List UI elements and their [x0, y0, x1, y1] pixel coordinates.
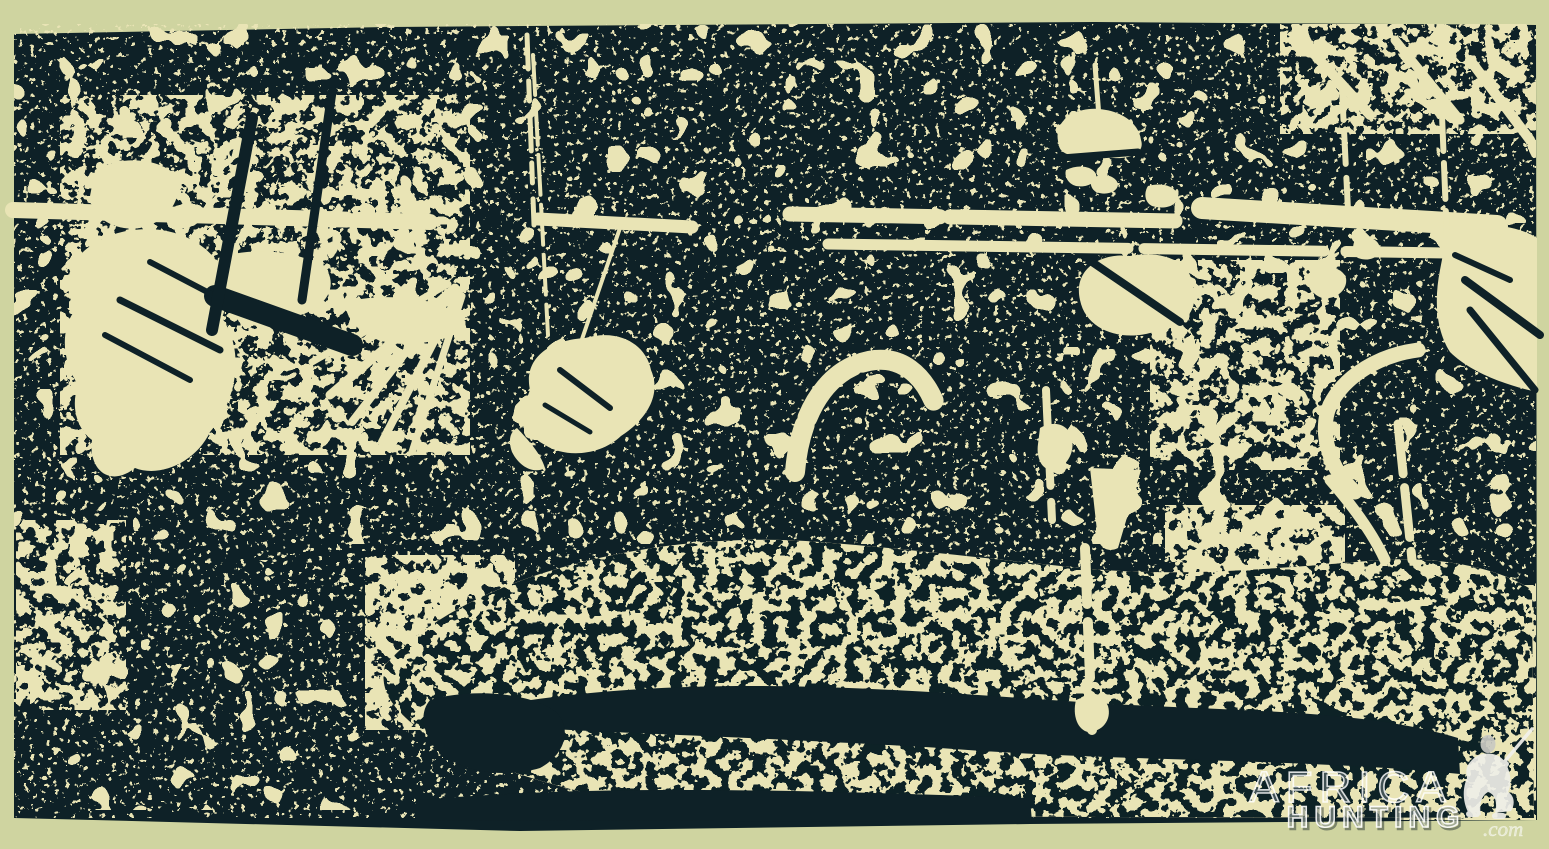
photo-stage: AFRICA HUNTING HUNTING .com [0, 0, 1549, 849]
game-pole-rail-right [790, 214, 1175, 221]
game-pole-rail-center [538, 219, 692, 227]
texture-foreground-left [30, 560, 360, 810]
leg-streak [1085, 548, 1092, 730]
watermark-text-com: .com [1483, 817, 1523, 841]
texture-foliage-top-right [1280, 24, 1536, 134]
halftone-photo: AFRICA HUNTING HUNTING .com [0, 0, 1549, 849]
watermark-text-hunting: HUNTING [1287, 801, 1466, 834]
